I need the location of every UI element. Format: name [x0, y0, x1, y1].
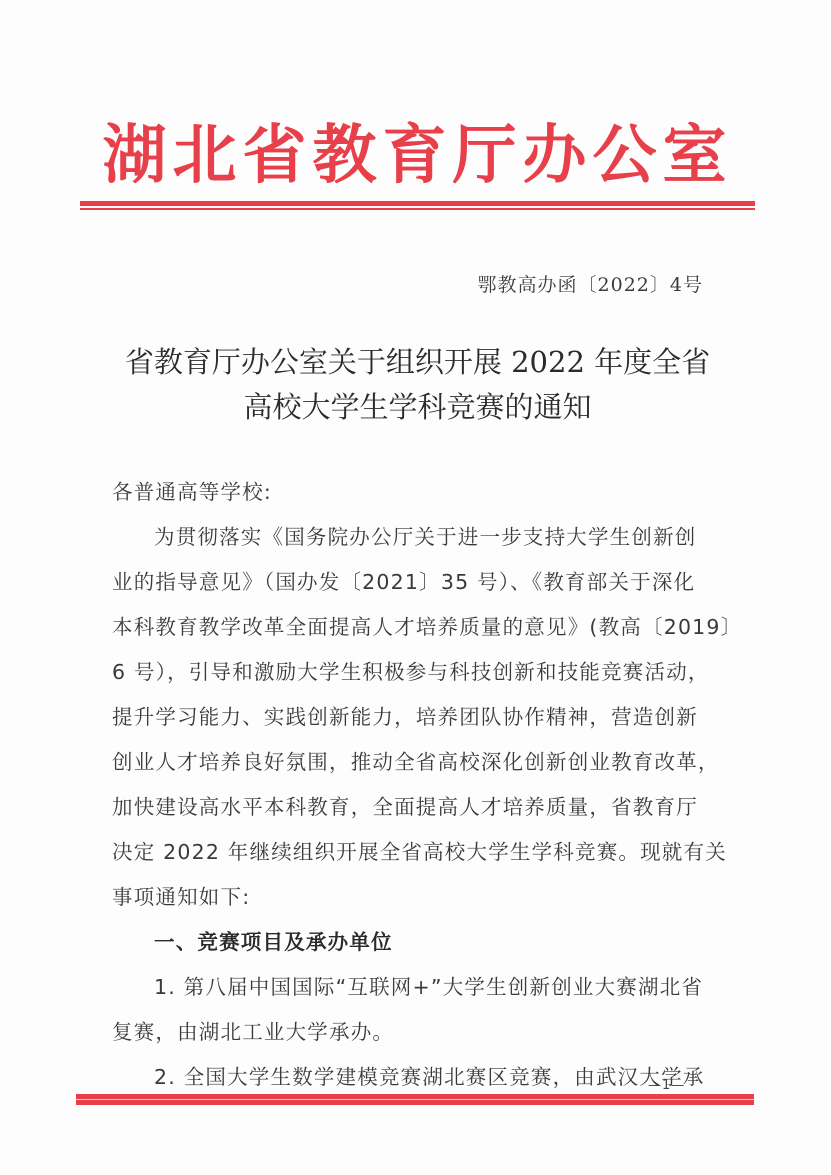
body-line: 业的指导意见》（国办发〔2021〕35 号）、《教育部关于深化: [112, 565, 695, 595]
document-page: 湖北省教育厅办公室 鄂教高办函〔2022〕4号 省教育厅办公室关于组织开展 20…: [0, 0, 831, 1175]
salutation: 各普通高等学校:: [112, 475, 272, 505]
list-item-1-line-1: 1. 第八届中国国际“互联网+”大学生创新创业大赛湖北省: [154, 970, 703, 1000]
body-line: 加快建设高水平本科教育，全面提高人才培养质量，省教育厅: [112, 790, 698, 820]
letterhead-red-rule-thick: [80, 201, 755, 206]
footer-red-rule-gap: [76, 1099, 754, 1100]
document-title-line-2: 高校大学生学科竞赛的通知: [80, 385, 755, 430]
letterhead-red-rule-thin: [80, 208, 755, 210]
page-number: —1—: [648, 1078, 685, 1093]
section-heading: 一、竞赛项目及承办单位: [154, 925, 393, 955]
body-line: 6 号），引导和激励大学生积极参与科技创新和技能竞赛活动，: [112, 655, 710, 685]
body-line: 本科教育教学改革全面提高人才培养质量的意见》(教高〔2019〕: [112, 610, 742, 640]
document-number: 鄂教高办函〔2022〕4号: [478, 270, 703, 297]
body-line: 为贯彻落实《国务院办公厅关于进一步支持大学生创新创: [154, 520, 697, 550]
letterhead-org-name: 湖北省教育厅办公室: [80, 118, 755, 194]
document-title: 省教育厅办公室关于组织开展 2022 年度全省 高校大学生学科竞赛的通知: [80, 340, 755, 430]
list-item-2-line-1: 2. 全国大学生数学建模竞赛湖北赛区竞赛，由武汉大学承: [154, 1060, 704, 1090]
body-line: 决定 2022 年继续组织开展全省高校大学生学科竞赛。现就有关: [112, 835, 727, 865]
document-title-line-1: 省教育厅办公室关于组织开展 2022 年度全省: [80, 340, 755, 385]
list-item-1-line-2: 复赛，由湖北工业大学承办。: [112, 1015, 394, 1045]
body-line: 事项通知如下:: [112, 880, 250, 910]
body-line: 创业人才培养良好氛围，推动全省高校深化创新创业教育改革，: [112, 745, 720, 775]
body-line: 提升学习能力、实践创新能力，培养团队协作精神，营造创新: [112, 700, 698, 730]
